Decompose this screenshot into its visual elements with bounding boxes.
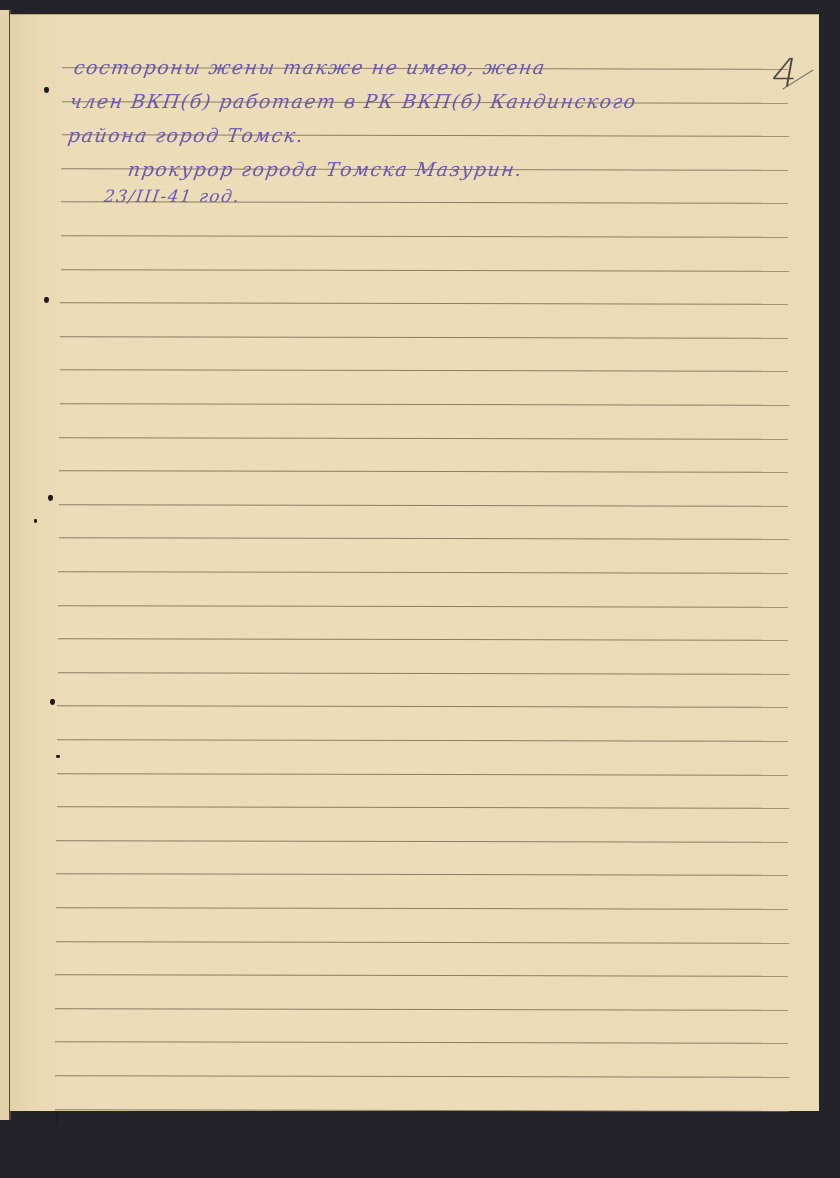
ruled-line — [57, 672, 788, 675]
ruled-line — [54, 1075, 788, 1078]
handwritten-line-2: член ВКП(б) работает в РК ВКП(б) Кандинс… — [68, 91, 638, 113]
ruled-line — [57, 706, 788, 709]
handwritten-line-3: района город Томск. — [66, 125, 305, 147]
ruled-line — [58, 638, 788, 641]
binding-hole — [34, 519, 37, 523]
ruled-line — [56, 907, 788, 910]
ruled-line — [59, 504, 788, 507]
ruled-line — [60, 302, 788, 305]
document-page: состороны жены также не имею, жена член … — [10, 14, 819, 1111]
ruled-line — [57, 773, 788, 776]
ruled-line — [55, 1042, 788, 1045]
ruled-line — [58, 571, 788, 574]
ruled-line — [60, 269, 788, 272]
pencil-page-number: 4 — [768, 51, 802, 97]
binding-hole — [56, 1111, 58, 1125]
handwritten-signature-line: прокурор города Томска Мазурин. — [126, 159, 524, 181]
ruled-line — [61, 235, 788, 238]
binding-hole — [50, 699, 55, 705]
binding-hole — [44, 297, 49, 303]
ruled-line — [57, 739, 788, 742]
ruled-line — [60, 336, 788, 339]
ruled-line — [59, 437, 788, 440]
binding-hole — [48, 495, 53, 501]
handwritten-date: 23/III-41 год. — [103, 187, 242, 207]
ruled-line — [54, 1109, 788, 1112]
ruled-line — [58, 605, 788, 608]
ruled-line — [55, 941, 788, 944]
ruled-line — [58, 538, 788, 541]
ruled-line — [55, 1008, 788, 1011]
ruled-line — [60, 370, 788, 373]
ruled-line — [56, 806, 788, 809]
ruled-line — [59, 403, 788, 406]
ruled-line — [59, 470, 788, 473]
handwritten-line-1: состороны жены также не имею, жена — [72, 57, 547, 79]
ruled-line — [56, 874, 788, 877]
binding-hole — [44, 87, 49, 93]
binding-hole — [56, 755, 60, 758]
ruled-line — [55, 974, 788, 977]
ruled-line — [56, 840, 788, 843]
